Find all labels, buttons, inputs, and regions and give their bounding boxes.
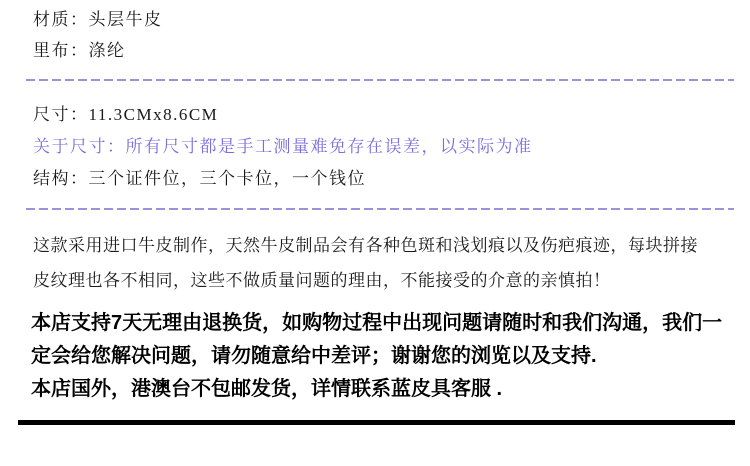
lining-line: 里布：涤纶 [33, 35, 163, 66]
description-line-2: 皮纹理也各不相同，这些不做质量问题的理由，不能接受的介意的亲慎拍！ [33, 263, 698, 298]
size-specs-section: 尺寸：11.3CMx8.6CM 关于尺寸：所有尺寸都是手工测量难免存在误差，以实… [33, 99, 533, 195]
product-description-page: 材质：头层牛皮 里布：涤纶 尺寸：11.3CMx8.6CM 关于尺寸：所有尺寸都… [0, 0, 750, 466]
dashed-divider-top [26, 79, 734, 81]
size-disclaimer-line: 关于尺寸：所有尺寸都是手工测量难免存在误差，以实际为准 [33, 131, 533, 163]
structure-line: 结构：三个证件位，三个卡位，一个钱位 [33, 163, 533, 195]
shop-policy-notice: 本店支持7天无理由退换货，如购物过程中出现问题请随时和我们沟通，我们一 定会给您… [31, 307, 722, 406]
notice-line-2: 定会给您解决问题，请勿随意给中差评；谢谢您的浏览以及支持. [31, 340, 722, 373]
notice-line-3: 本店国外，港澳台不包邮发货，详情联系蓝皮具客服 . [31, 373, 722, 406]
dashed-divider-middle [26, 208, 734, 210]
bottom-black-rule [18, 420, 735, 425]
material-specs-section: 材质：头层牛皮 里布：涤纶 [33, 4, 163, 66]
description-line-1: 这款采用进口牛皮制作，天然牛皮制品会有各种色斑和浅划痕以及伤疤痕迹，每块拼接 [33, 228, 698, 263]
notice-line-1: 本店支持7天无理由退换货，如购物过程中出现问题请随时和我们沟通，我们一 [31, 307, 722, 340]
material-line: 材质：头层牛皮 [33, 4, 163, 35]
size-line: 尺寸：11.3CMx8.6CM [33, 99, 533, 131]
leather-description-paragraph: 这款采用进口牛皮制作，天然牛皮制品会有各种色斑和浅划痕以及伤疤痕迹，每块拼接 皮… [33, 228, 698, 298]
